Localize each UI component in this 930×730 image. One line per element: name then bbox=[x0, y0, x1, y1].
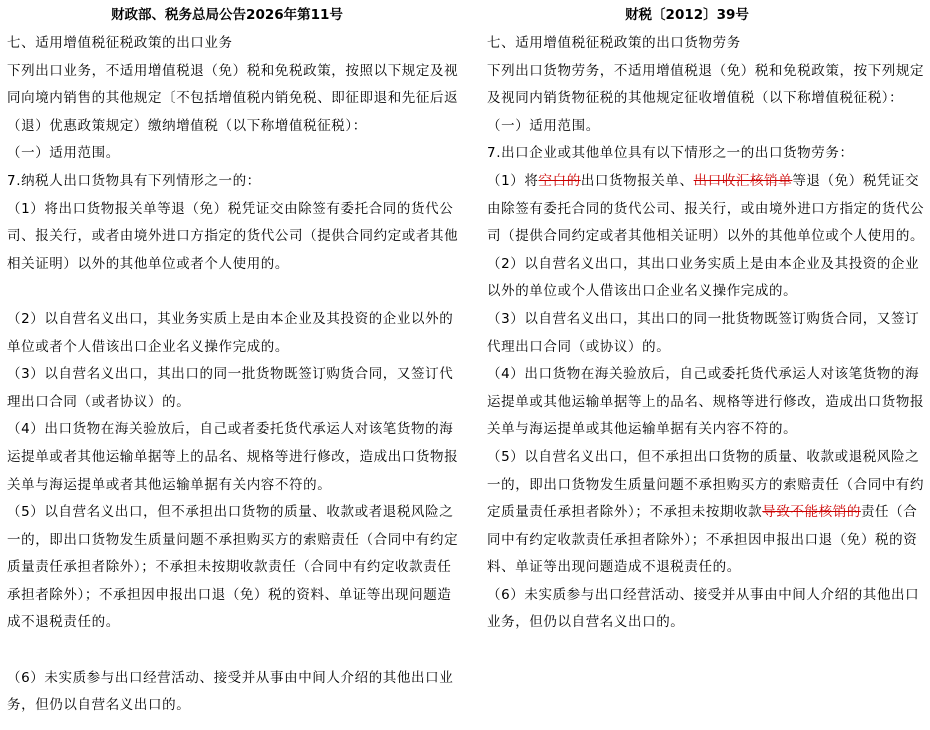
left-item-3: （3）以自营名义出口，其出口的同一批货物既签订购货合同，又签订代理出口合同（或者… bbox=[7, 361, 462, 416]
right-clause-7: 7.出口企业或其他单位具有以下情形之一的出口货物劳务： bbox=[487, 140, 927, 168]
right-item-3: （3）以自营名义出口，其出口的同一批货物既签订购货合同，又签订代理出口合同（或协… bbox=[487, 306, 927, 361]
left-intro-paragraph: 下列出口业务，不适用增值税退（免）税和免税政策，按照以下规定及视同向境内销售的其… bbox=[7, 58, 462, 141]
right-item-4: （4）出口货物在海关验放后，自己或委托货代承运人对该笔货物的海运提单或其他运输单… bbox=[487, 361, 927, 444]
left-item-6: （6）未实质参与出口经营活动、接受并从事由中间人介绍的其他出口业务，但仍以自营名… bbox=[7, 665, 462, 720]
left-column-header: 财政部、税务总局公告2026年第11号 bbox=[7, 0, 447, 30]
left-scope-heading: （一）适用范围。 bbox=[7, 140, 462, 168]
left-item-5: （5）以自营名义出口，但不承担出口货物的质量、收款或者退税风险之一的，即出口货物… bbox=[7, 499, 462, 637]
left-column-2026-notice: 财政部、税务总局公告2026年第11号 七、适用增值税征税政策的出口业务 下列出… bbox=[7, 0, 462, 720]
deleted-text: 出口收汇核销单 bbox=[694, 173, 793, 189]
right-item-5: （5）以自营名义出口，但不承担出口货物的质量、收款或退税风险之一的，即出口货物发… bbox=[487, 444, 927, 582]
right-section-title: 七、适用增值税征税政策的出口货物劳务 bbox=[487, 30, 927, 58]
left-item-2: （2）以自营名义出口，其业务实质上是由本企业及其投资的企业以外的单位或者个人借该… bbox=[7, 306, 462, 361]
right-item-1: （1）将空白的出口货物报关单、出口收汇核销单等退（免）税凭证交由除签有委托合同的… bbox=[487, 168, 927, 251]
left-item-4: （4）出口货物在海关验放后，自己或者委托货代承运人对该笔货物的海运提单或者其他运… bbox=[7, 416, 462, 499]
right-column-2012-notice: 财税〔2012〕39号 七、适用增值税征税政策的出口货物劳务 下列出口货物劳务，… bbox=[487, 0, 927, 637]
right-column-header: 财税〔2012〕39号 bbox=[467, 0, 907, 30]
left-section-title: 七、适用增值税征税政策的出口业务 bbox=[7, 30, 462, 58]
right-scope-heading: （一）适用范围。 bbox=[487, 113, 927, 141]
spacer bbox=[7, 637, 462, 665]
left-clause-7: 7.纳税人出口货物具有下列情形之一的： bbox=[7, 168, 462, 196]
spacer bbox=[7, 278, 462, 306]
deleted-text: 导致不能核销的 bbox=[762, 504, 861, 520]
right-intro-paragraph: 下列出口货物劳务，不适用增值税退（免）税和免税政策，按下列规定及视同内销货物征税… bbox=[487, 58, 927, 113]
right-item-2: （2）以自营名义出口，其出口业务实质上是由本企业及其投资的企业以外的单位或个人借… bbox=[487, 251, 927, 306]
left-item-1: （1）将出口货物报关单等退（免）税凭证交由除签有委托合同的货代公司、报关行，或者… bbox=[7, 196, 462, 279]
text: 出口货物报关单、 bbox=[581, 173, 694, 189]
deleted-text: 空白的 bbox=[539, 173, 581, 189]
text: （1）将 bbox=[487, 173, 539, 189]
right-item-6: （6）未实质参与出口经营活动、接受并从事由中间人介绍的其他出口业务，但仍以自营名… bbox=[487, 582, 927, 637]
